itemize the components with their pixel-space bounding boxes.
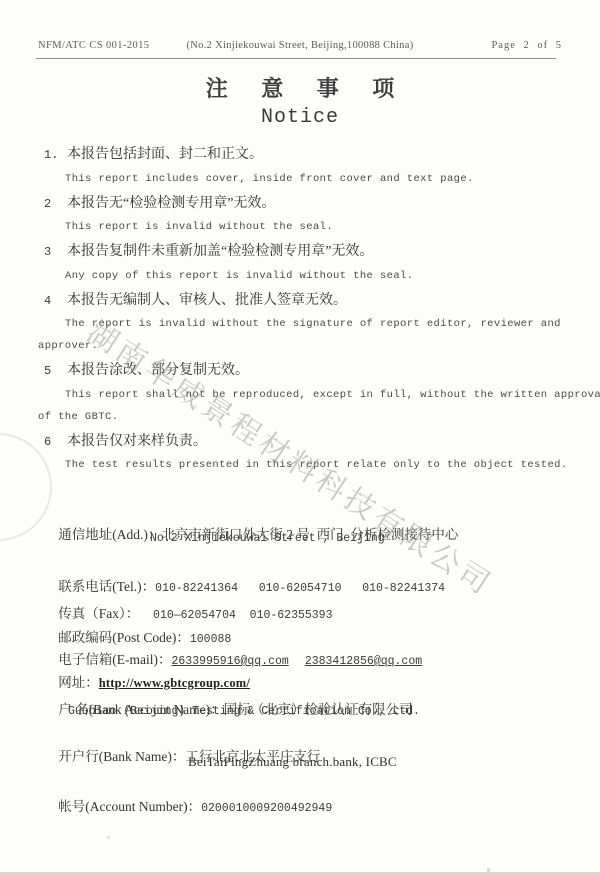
notice-item-6: 6本报告仅对来样负责。 The test results presented i… bbox=[38, 430, 583, 477]
bank-name-label: 开户行(Bank Name)： bbox=[58, 749, 185, 764]
item-text-en: The test results presented in this repor… bbox=[38, 454, 583, 476]
item-number: 6 bbox=[44, 431, 67, 455]
document-header: NFM/ATC CS 001-2015 (No.2 Xinjiekouwai S… bbox=[0, 40, 600, 56]
account-number-value: 0200010009200492949 bbox=[201, 802, 332, 815]
item-text-en: This report shall not be reproduced, exc… bbox=[38, 384, 583, 406]
item-text-en-cont: approver. bbox=[38, 335, 583, 357]
item-number: 2 bbox=[44, 193, 67, 217]
notice-item-2: 2本报告无“检验检测专用章”无效。 This report is invalid… bbox=[38, 192, 583, 239]
bank-name-en-row: BeiTaiPingZhuang branch.bank, ICBC bbox=[188, 754, 397, 770]
email-secondary: 2383412856@qq.com bbox=[305, 655, 422, 668]
item-text-zh: 本报告仅对来样负责。 bbox=[67, 434, 207, 449]
item-number: 5 bbox=[44, 360, 67, 384]
item-text-en: This report includes cover, inside front… bbox=[38, 168, 583, 190]
address-en-row: No.2 Xinjiekouwai Street , Beijing bbox=[150, 532, 385, 545]
item-text-zh: 本报告无“检验检测专用章”无效。 bbox=[67, 196, 275, 211]
item-number: 4 bbox=[44, 290, 67, 314]
item-text-zh: 本报告包括封面、封二和正文。 bbox=[67, 147, 263, 162]
item-text-en: The report is invalid without the signat… bbox=[38, 313, 583, 335]
bank-account-name-en-row: Guobiao (Beijing) Testing & Certificatio… bbox=[68, 705, 420, 718]
item-number: 3 bbox=[44, 241, 67, 265]
scan-speck bbox=[107, 836, 110, 839]
notice-list: 1.本报告包括封面、封二和正文。 This report includes co… bbox=[38, 143, 583, 478]
page-title-zh: 注 意 事 项 bbox=[0, 72, 600, 103]
account-number-label: 帐号(Account Number)： bbox=[58, 799, 201, 814]
scan-speck bbox=[487, 868, 490, 872]
item-text-en-cont: of the GBTC. bbox=[38, 406, 583, 428]
notice-item-1: 1.本报告包括封面、封二和正文。 This report includes co… bbox=[38, 143, 583, 190]
item-text-en: Any copy of this report is invalid witho… bbox=[38, 265, 583, 287]
page-title-en: Notice bbox=[0, 106, 600, 129]
address-label: 通信地址(Add.)： bbox=[58, 527, 161, 542]
header-rule bbox=[36, 58, 556, 59]
account-number-row: 帐号(Account Number)：0200010009200492949 bbox=[38, 779, 332, 831]
scanned-notice-page: NFM/ATC CS 001-2015 (No.2 Xinjiekouwai S… bbox=[0, 0, 600, 875]
item-text-zh: 本报告涂改、部分复制无效。 bbox=[67, 363, 249, 378]
item-number: 1. bbox=[44, 144, 67, 168]
header-page-indicator: Page 2 of 5 bbox=[491, 40, 562, 51]
item-text-en: This report is invalid without the seal. bbox=[38, 216, 583, 238]
notice-item-4: 4本报告无编制人、审核人、批准人签章无效。 The report is inva… bbox=[38, 289, 583, 358]
item-text-zh: 本报告复制件未重新加盖“检验检测专用章”无效。 bbox=[67, 244, 373, 259]
notice-item-5: 5本报告涂改、部分复制无效。 This report shall not be … bbox=[38, 359, 583, 428]
notice-item-3: 3本报告复制件未重新加盖“检验检测专用章”无效。 Any copy of thi… bbox=[38, 240, 583, 287]
item-text-zh: 本报告无编制人、审核人、批准人签章无效。 bbox=[67, 293, 347, 308]
